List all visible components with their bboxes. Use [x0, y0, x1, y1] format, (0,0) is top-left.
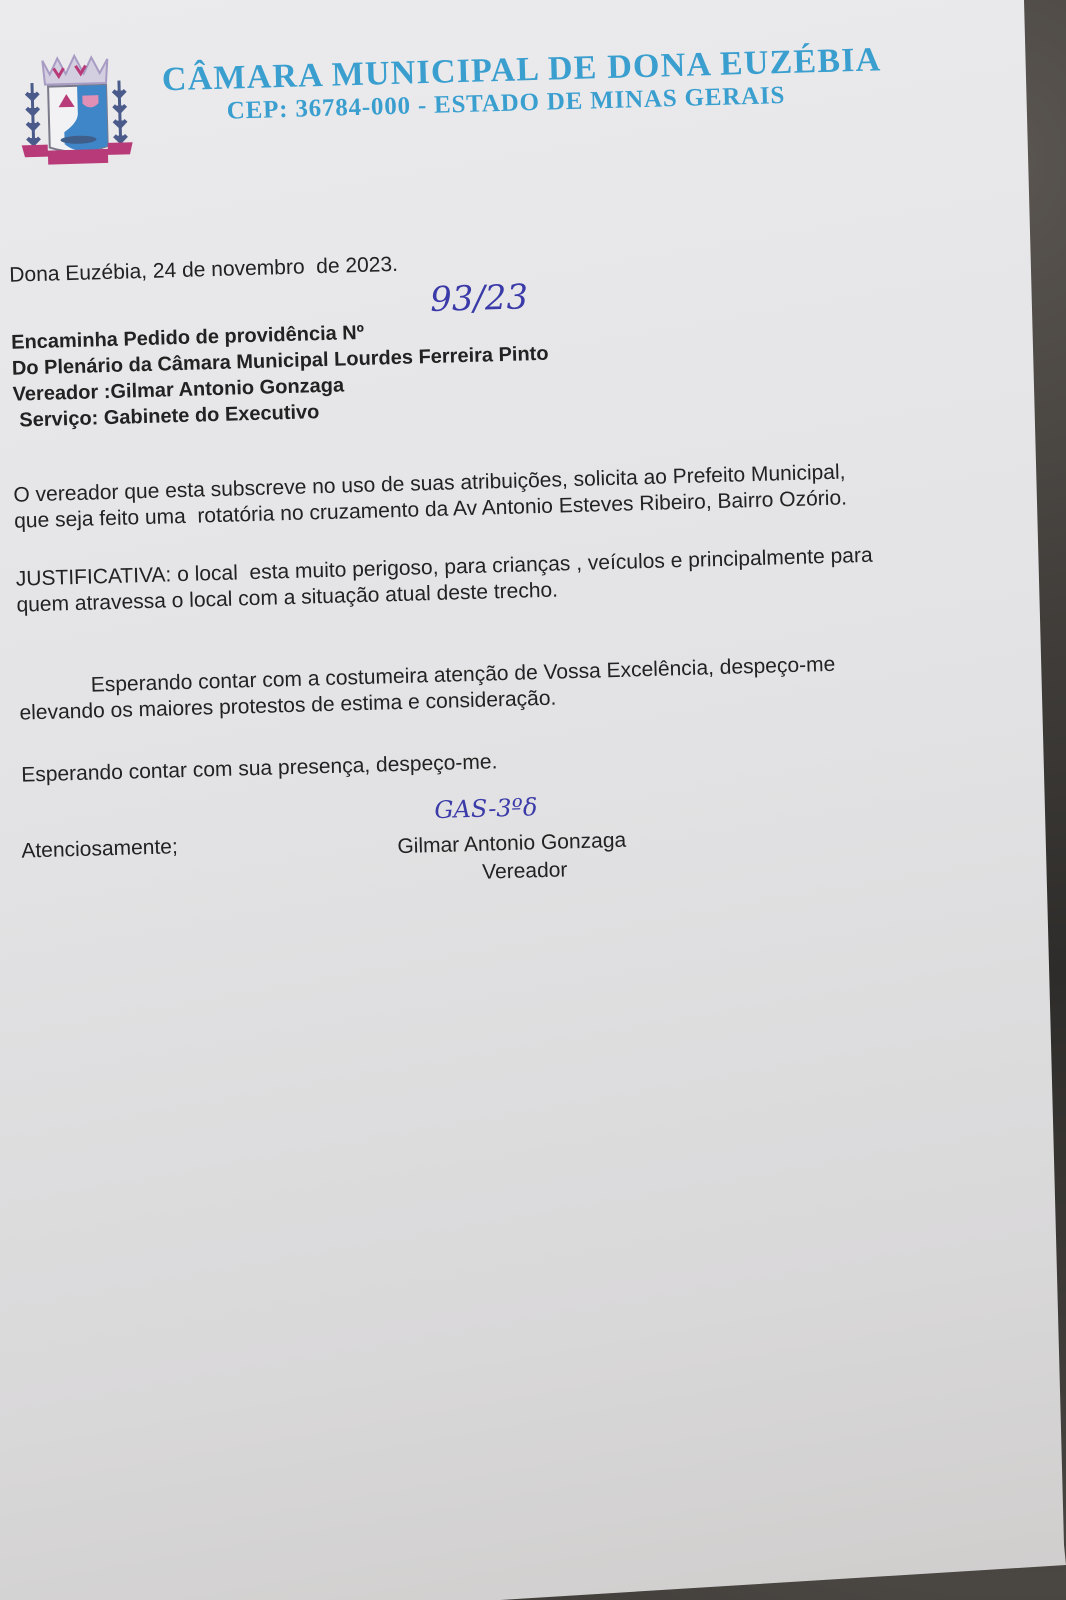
heading-service: Serviço: Gabinete do Executivo [19, 401, 320, 432]
municipal-coat-of-arms-icon [17, 50, 135, 171]
closing-presence: Esperando contar com sua presença, despe… [21, 750, 498, 787]
signer-role: Vereador [482, 858, 568, 884]
handwritten-request-number: 93/23 [430, 277, 529, 320]
document-content: CÂMARA MUNICIPAL DE DONA EUZÉBIA CEP: 36… [0, 0, 1066, 1599]
signer-name: Gilmar Antonio Gonzaga [397, 829, 626, 859]
date-line: Dona Euzébia, 24 de novembro de 2023. [9, 253, 398, 288]
salutation: Atenciosamente; [21, 835, 178, 863]
handwritten-signature: GAS-3ºδ [434, 793, 538, 824]
